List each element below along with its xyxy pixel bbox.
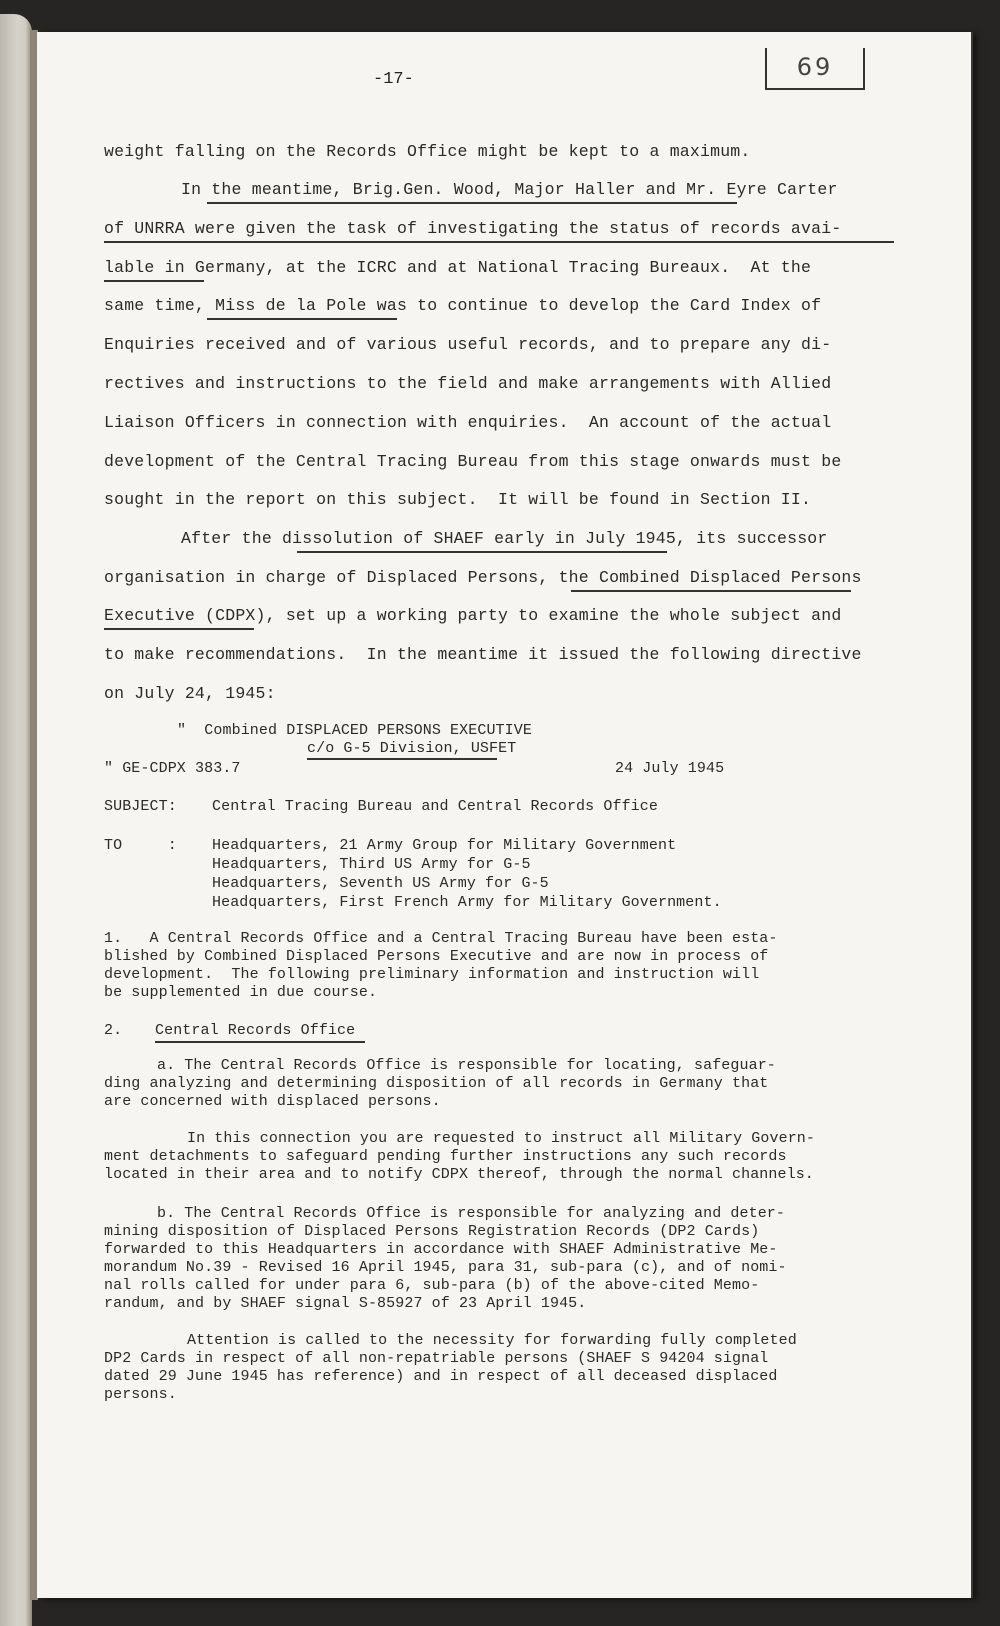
para2b-line: forwarded to this Headquarters in accord… [104,1241,778,1258]
book-edge [0,14,32,1626]
body-line: development of the Central Tracing Burea… [104,452,841,471]
para2b-line: nal rolls called for under para 6, sub-p… [104,1277,759,1294]
para2b-cont-line: DP2 Cards in respect of all non-repatria… [104,1350,768,1367]
para2b-line: randum, and by SHAEF signal S-85927 of 2… [104,1295,586,1312]
para1-line: be supplemented in due course. [104,984,377,1001]
directive-reference: " GE-CDPX 383.7 [104,760,241,777]
body-line: on July 24, 1945: [104,684,276,703]
underline [155,1041,365,1043]
para2-heading: Central Records Office [155,1022,355,1039]
para2a-cont-line: ment detachments to safeguard pending fu… [104,1148,787,1165]
body-line: Enquiries received and of various useful… [104,335,831,354]
para2b-cont-line: persons. [104,1386,177,1403]
underline [571,590,851,592]
body-line: After the dissolution of SHAEF early in … [181,529,828,548]
para2b-line: mining disposition of Displaced Persons … [104,1223,759,1240]
body-line: rectives and instructions to the field a… [104,374,831,393]
para2b-cont-line: dated 29 June 1945 has reference) and in… [104,1368,778,1385]
para2b-cont-line: Attention is called to the necessity for… [187,1332,797,1349]
recipient: Headquarters, Third US Army for G-5 [212,856,531,873]
body-line: Liaison Officers in connection with enqu… [104,413,831,432]
para1-line: development. The following preliminary i… [104,966,759,983]
body-line: same time, Miss de la Pole was to contin… [104,296,821,315]
underline [207,318,397,320]
para2a-cont-line: located in their area and to notify CDPX… [104,1166,814,1183]
body-line: to make recommendations. In the meantime… [104,645,862,664]
to-label: TO : [104,837,177,854]
body-line: of UNRRA were given the task of investig… [104,219,841,238]
body-line: lable in Germany, at the ICRC and at Nat… [104,258,811,277]
page-label: -17- [373,70,414,89]
body-line: sought in the report on this subject. It… [104,490,811,509]
recipient: Headquarters, First French Army for Mili… [212,894,722,911]
directive-header-line1: " Combined DISPLACED PERSONS EXECUTIVE [177,722,532,739]
document-page: 69 -17- weight falling on the Records Of… [37,32,971,1598]
body-line: organisation in charge of Displaced Pers… [104,568,862,587]
para2-number: 2. [104,1022,122,1039]
body-line: Executive (CDPX), set up a working party… [104,606,841,625]
para2a-line: ding analyzing and determining dispositi… [104,1075,768,1092]
directive-header-line2: c/o G-5 Division, USFET [307,740,516,757]
directive-date: 24 July 1945 [615,760,724,777]
para2a-line: a. The Central Records Office is respons… [157,1057,776,1074]
para2b-line: b. The Central Records Office is respons… [157,1205,785,1222]
underline [207,202,737,204]
body-line: weight falling on the Records Office mig… [104,142,751,161]
underline [104,241,894,243]
recipient: Headquarters, Seventh US Army for G-5 [212,875,549,892]
underline [104,280,204,282]
underline [297,551,667,553]
recipient: Headquarters, 21 Army Group for Military… [212,837,676,854]
para1-line: blished by Combined Displaced Persons Ex… [104,948,768,965]
archive-page-number: 69 [765,48,865,90]
para2b-line: morandum No.39 - Revised 16 April 1945, … [104,1259,787,1276]
underline [307,758,497,760]
para2a-cont-line: In this connection you are requested to … [187,1130,815,1147]
subject-text: Central Tracing Bureau and Central Recor… [212,798,658,815]
para2a-line: are concerned with displaced persons. [104,1093,441,1110]
para1-line: 1. A Central Records Office and a Centra… [104,930,778,947]
body-line: In the meantime, Brig.Gen. Wood, Major H… [181,180,838,199]
subject-label: SUBJECT: [104,798,177,815]
underline [104,628,254,630]
